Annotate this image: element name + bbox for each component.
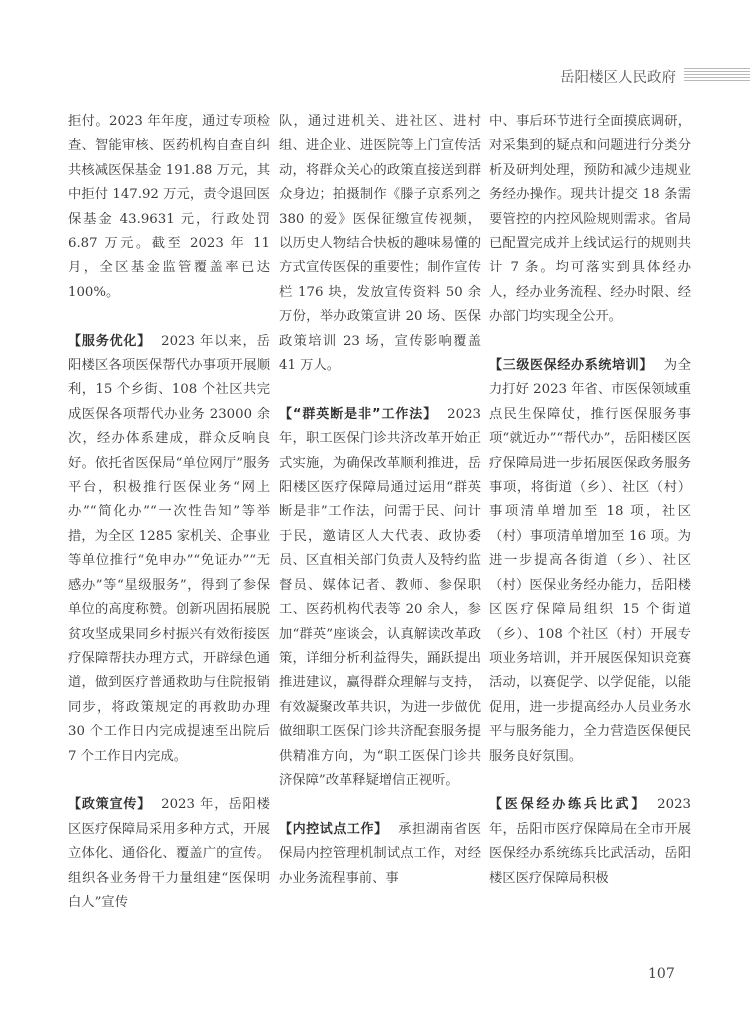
paragraph-text: 拒付。2023 年年度，通过专项检查、智能审核、医药机构自查自纠共核减医保基金 …	[68, 114, 270, 300]
paragraph-text: 队，通过进机关、进社区、进村组、进企业、进医院等上门宣传活动，将群众关心的政策直…	[279, 114, 481, 373]
paragraph-text: 2023 年，岳阳楼区医疗保障局采用多种方式，开展立体化、通俗化、覆盖广的宣传。…	[68, 797, 270, 910]
text-column-3: 中、事后环节进行全面摸底调研，对采集到的疑点和问题进行分类分析及研判处理，预防和…	[489, 110, 691, 915]
paragraph-text: 为全力打好 2023 年省、市医保领域重点民生保障仗，推行医保服务事项“就近办”…	[489, 358, 691, 764]
paragraph-text: 2023 年，职工医保门诊共济改革开始正式实施，为确保改革顺利推进，岳阳楼区医疗…	[279, 407, 481, 788]
paragraph-qunying-method: 【“群英断是非”工作法】2023 年，职工医保门诊共济改革开始正式实施，为确保改…	[279, 403, 481, 794]
section-heading: 【内控试点工作】	[279, 822, 388, 837]
header-decorative-rule	[684, 68, 750, 82]
paragraph-internal-control-pilot: 【内控试点工作】承担湖南省医保局内控管理机制试点工作，对经办业务流程事前、事	[279, 818, 481, 891]
header-title: 岳阳楼区人民政府	[560, 66, 676, 87]
section-heading: 【“群英断是非”工作法】	[279, 407, 437, 422]
section-heading: 【政策宣传】	[68, 797, 151, 812]
section-heading: 【服务优化】	[68, 334, 151, 349]
paragraph-skills-competition: 【医保经办练兵比武】2023 年，岳阳市医疗保障局在全市开展医保经办系统练兵比武…	[489, 793, 691, 891]
section-heading: 【医保经办练兵比武】	[489, 797, 647, 812]
paragraph-text: 2023 年以来，岳阳楼区各项医保帮代办事项开展顺利，15 个乡街、108 个社…	[68, 334, 270, 764]
page-number: 107	[648, 966, 675, 982]
paragraph-three-level-training: 【三级医保经办系统培训】为全力打好 2023 年省、市医保领域重点民生保障仗，推…	[489, 354, 691, 769]
paragraph-text: 中、事后环节进行全面摸底调研，对采集到的疑点和问题进行分类分析及研判处理，预防和…	[489, 114, 691, 324]
paragraph-service-optimization: 【服务优化】2023 年以来，岳阳楼区各项医保帮代办事项开展顺利，15 个乡街、…	[68, 330, 270, 769]
paragraph-policy-publicity: 【政策宣传】2023 年，岳阳楼区医疗保障局采用多种方式，开展立体化、通俗化、覆…	[68, 793, 270, 915]
paragraph: 拒付。2023 年年度，通过专项检查、智能审核、医药机构自查自纠共核减医保基金 …	[68, 110, 270, 305]
text-column-2: 队，通过进机关、进社区、进村组、进企业、进医院等上门宣传活动，将群众关心的政策直…	[279, 110, 481, 915]
paragraph: 队，通过进机关、进社区、进村组、进企业、进医院等上门宣传活动，将群众关心的政策直…	[279, 110, 481, 378]
text-column-1: 拒付。2023 年年度，通过专项检查、智能审核、医药机构自查自纠共核减医保基金 …	[68, 110, 270, 940]
paragraph: 中、事后环节进行全面摸底调研，对采集到的疑点和问题进行分类分析及研判处理，预防和…	[489, 110, 691, 330]
section-heading: 【三级医保经办系统培训】	[489, 358, 653, 373]
